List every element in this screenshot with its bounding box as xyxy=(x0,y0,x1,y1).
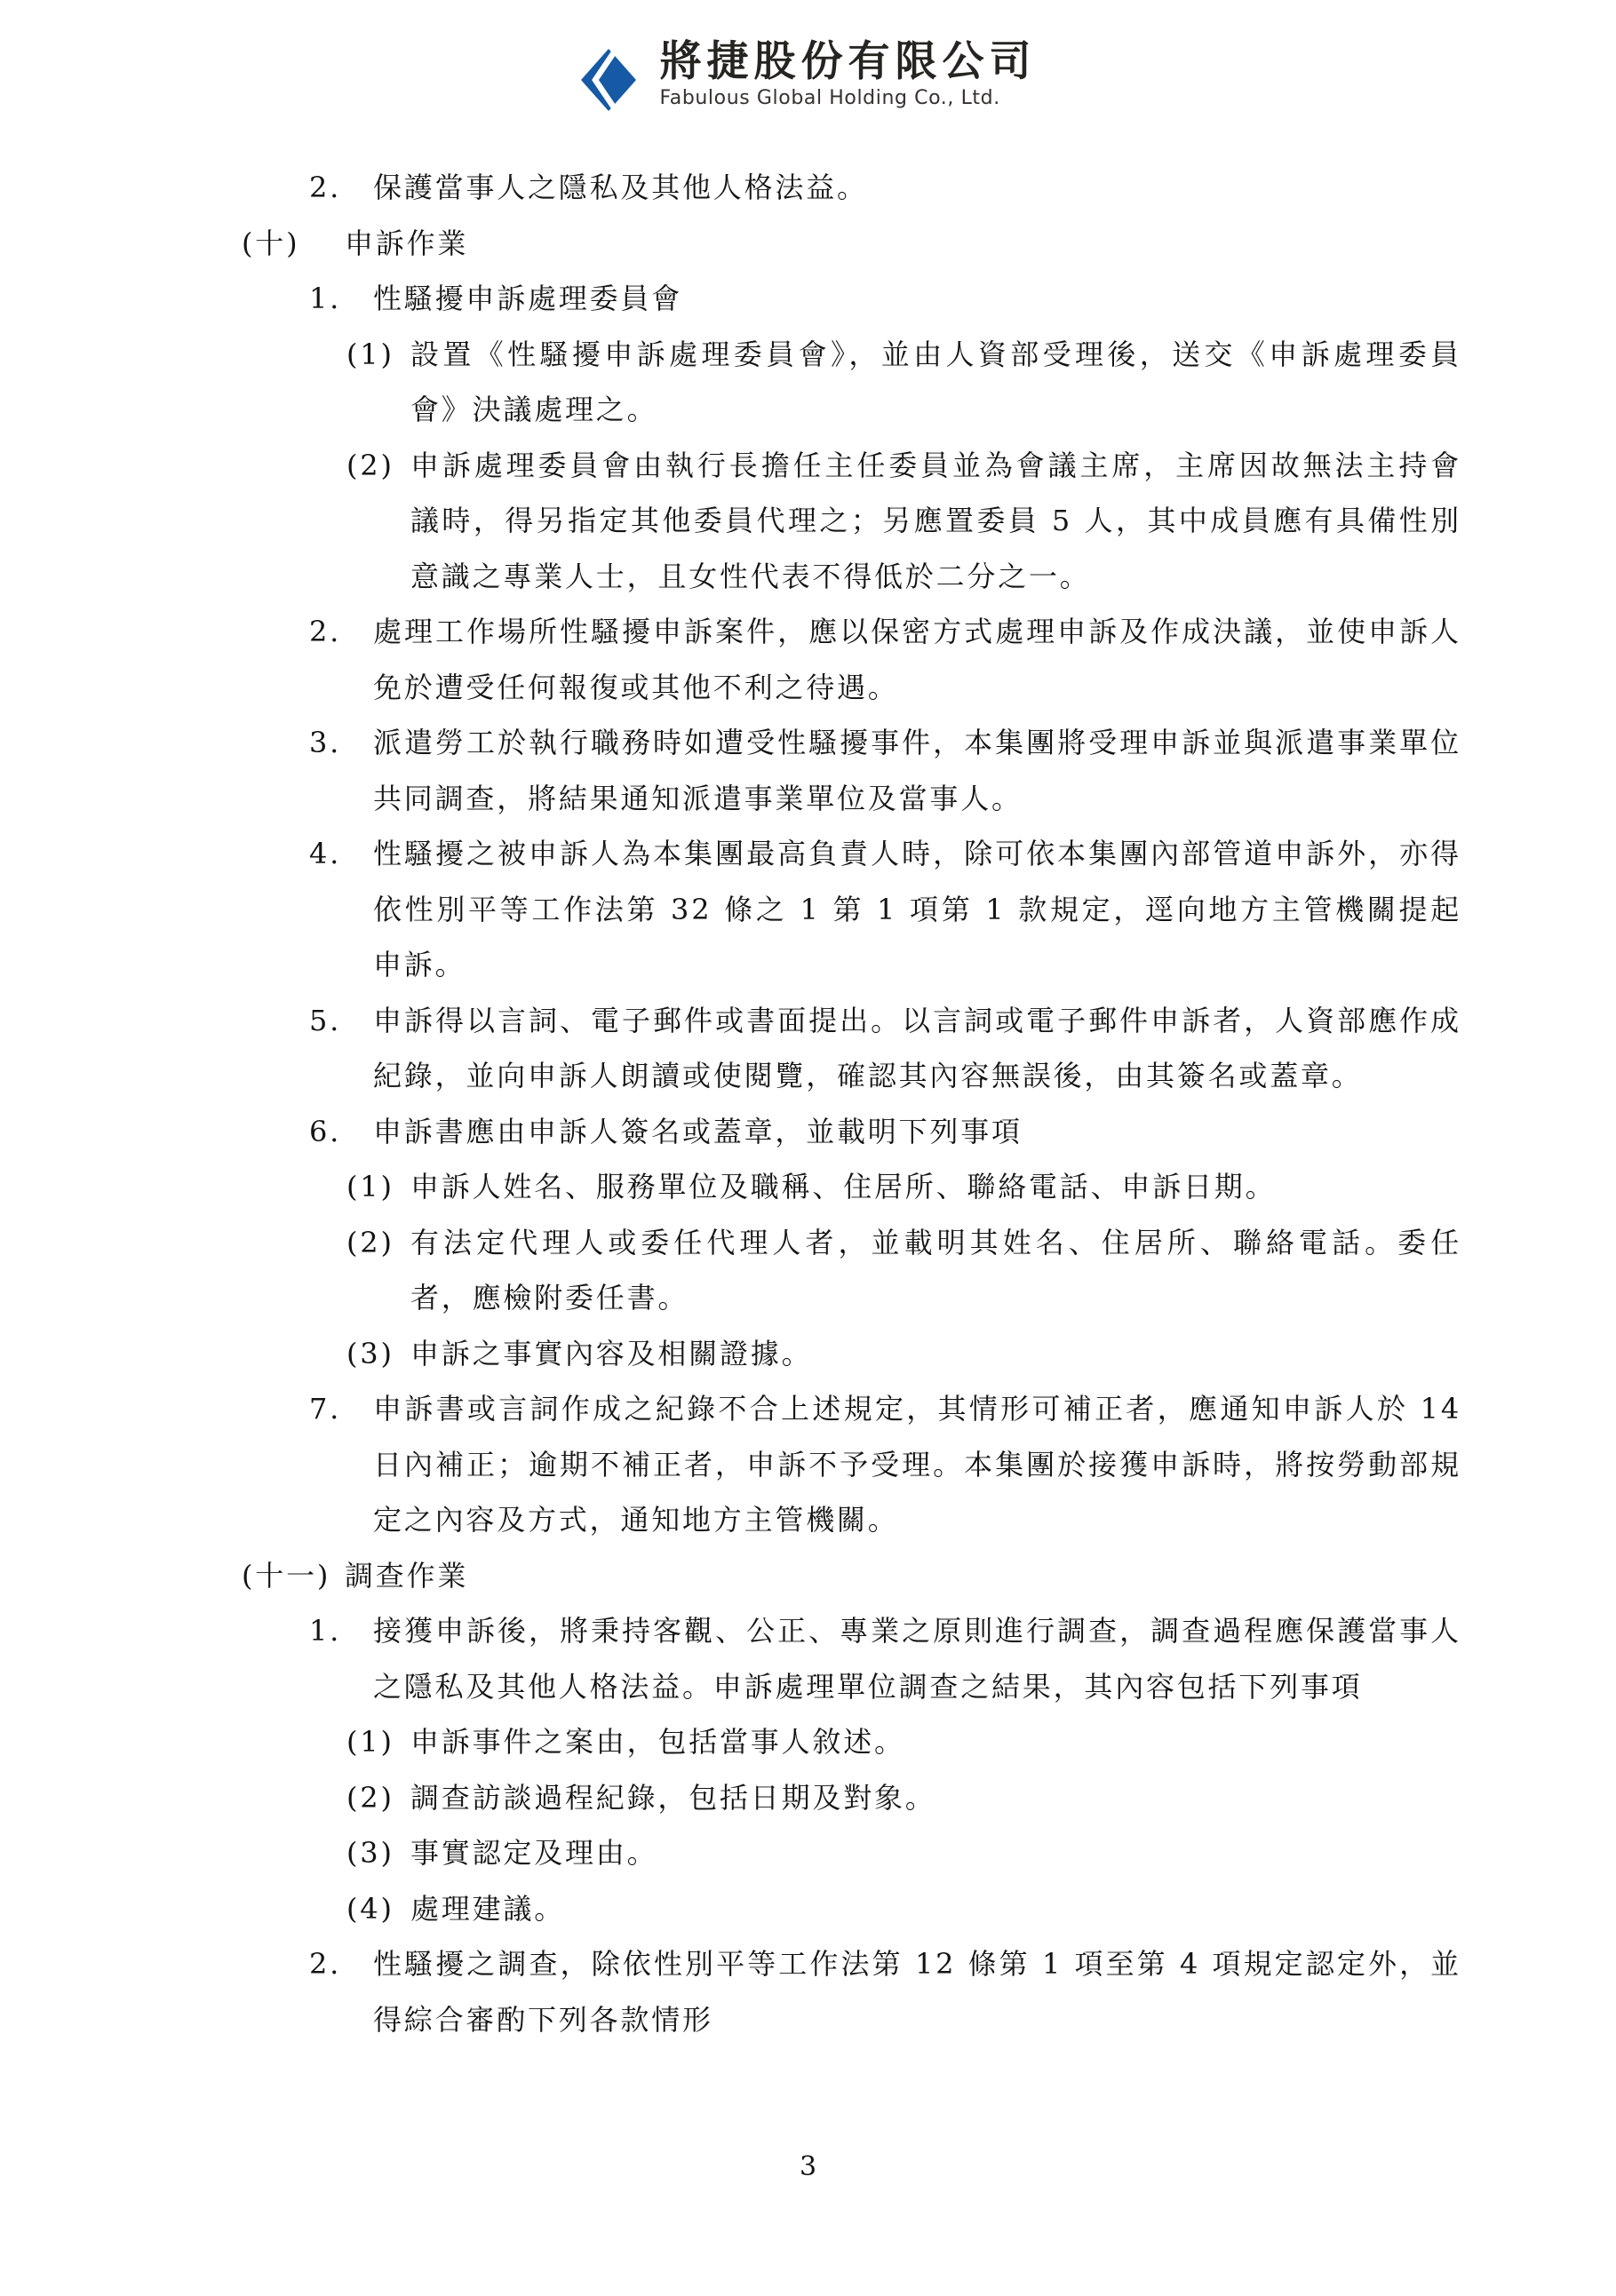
list-item: (十) 申訴作業 xyxy=(0,216,1461,272)
list-item: 2. 保護當事人之隱私及其他人格法益。 xyxy=(0,160,1461,216)
list-marker: 7. xyxy=(309,1381,373,1548)
list-item: (2) 申訴處理委員會由執行長擔任主任委員並為會議主席，主席因故無法主持會議時，… xyxy=(0,438,1461,605)
list-marker: (2) xyxy=(346,1770,410,1826)
list-item: (1) 申訴事件之案由，包括當事人敘述。 xyxy=(0,1714,1461,1770)
list-item: 4. 性騷擾之被申訴人為本集團最高負責人時，除可依本集團內部管道申訴外，亦得依性… xyxy=(0,826,1461,993)
list-marker: 2. xyxy=(309,1936,373,2047)
list-text: 設置《性騷擾申訴處理委員會》，並由人資部受理後，送交《申訴處理委員會》決議處理之… xyxy=(410,327,1461,438)
list-marker: 5. xyxy=(309,993,373,1104)
company-header: 將捷股份有限公司 Fabulous Global Holding Co., Lt… xyxy=(0,37,1616,112)
list-marker: 2. xyxy=(309,604,373,715)
list-text: 處理建議。 xyxy=(410,1881,1461,1937)
list-item: 7. 申訴書或言詞作成之紀錄不合上述規定，其情形可補正者，應通知申訴人於 14 … xyxy=(0,1381,1461,1548)
list-text: 性騷擾之調查，除依性別平等工作法第 12 條第 1 項至第 4 項規定認定外，並… xyxy=(373,1936,1461,2047)
list-marker: (2) xyxy=(346,1215,410,1326)
company-name-zh: 將捷股份有限公司 xyxy=(660,37,1037,87)
document-body: 2. 保護當事人之隱私及其他人格法益。 (十) 申訴作業 1. 性騷擾申訴處理委… xyxy=(0,160,1616,2047)
list-marker: (3) xyxy=(346,1326,410,1382)
list-item: (十一) 調查作業 xyxy=(0,1548,1461,1604)
list-marker: (2) xyxy=(346,438,410,605)
list-marker: 1. xyxy=(309,1603,373,1714)
list-text: 申訴得以言詞、電子郵件或書面提出。以言詞或電子郵件申訴者，人資部應作成紀錄，並向… xyxy=(373,993,1461,1104)
list-item: (3) 申訴之事實內容及相關證據。 xyxy=(0,1326,1461,1382)
list-text: 申訴書應由申訴人簽名或蓋章，並載明下列事項 xyxy=(373,1104,1461,1160)
list-item: 1. 接獲申訴後，將秉持客觀、公正、專業之原則進行調查，調查過程應保護當事人之隱… xyxy=(0,1603,1461,1714)
list-marker: 4. xyxy=(309,826,373,993)
list-item: (1) 設置《性騷擾申訴處理委員會》，並由人資部受理後，送交《申訴處理委員會》決… xyxy=(0,327,1461,438)
list-text: 派遣勞工於執行職務時如遭受性騷擾事件，本集團將受理申訴並與派遣事業單位共同調查，… xyxy=(373,715,1461,826)
list-text: 保護當事人之隱私及其他人格法益。 xyxy=(373,160,1461,216)
list-item: 6. 申訴書應由申訴人簽名或蓋章，並載明下列事項 xyxy=(0,1104,1461,1160)
page-number: 3 xyxy=(800,2151,816,2182)
list-text: 事實認定及理由。 xyxy=(410,1825,1461,1881)
list-item: (2) 有法定代理人或委任代理人者，並載明其姓名、住居所、聯絡電話。委任者，應檢… xyxy=(0,1215,1461,1326)
list-text: 申訴之事實內容及相關證據。 xyxy=(410,1326,1461,1382)
list-text: 申訴書或言詞作成之紀錄不合上述規定，其情形可補正者，應通知申訴人於 14 日內補… xyxy=(373,1381,1461,1548)
list-text: 申訴事件之案由，包括當事人敘述。 xyxy=(410,1714,1461,1770)
list-item: (3) 事實認定及理由。 xyxy=(0,1825,1461,1881)
list-marker: 6. xyxy=(309,1104,373,1160)
company-name-block: 將捷股份有限公司 Fabulous Global Holding Co., Lt… xyxy=(660,37,1037,110)
document-page: 將捷股份有限公司 Fabulous Global Holding Co., Lt… xyxy=(0,0,1616,2296)
list-marker: (1) xyxy=(346,1159,410,1215)
list-marker: 1. xyxy=(309,271,373,327)
list-text: 申訴處理委員會由執行長擔任主任委員並為會議主席，主席因故無法主持會議時，得另指定… xyxy=(410,438,1461,605)
list-text: 調查作業 xyxy=(345,1548,1461,1604)
list-text: 處理工作場所性騷擾申訴案件，應以保密方式處理申訴及作成決議，並使申訴人免於遭受任… xyxy=(373,604,1461,715)
list-text: 申訴人姓名、服務單位及職稱、住居所、聯絡電話、申訴日期。 xyxy=(410,1159,1461,1215)
list-item: (1) 申訴人姓名、服務單位及職稱、住居所、聯絡電話、申訴日期。 xyxy=(0,1159,1461,1215)
list-text: 有法定代理人或委任代理人者，並載明其姓名、住居所、聯絡電話。委任者，應檢附委任書… xyxy=(410,1215,1461,1326)
list-text: 性騷擾申訴處理委員會 xyxy=(373,271,1461,327)
list-marker: (1) xyxy=(346,1714,410,1770)
list-item: 2. 處理工作場所性騷擾申訴案件，應以保密方式處理申訴及作成決議，並使申訴人免於… xyxy=(0,604,1461,715)
list-marker: 3. xyxy=(309,715,373,826)
list-marker: 2. xyxy=(309,160,373,216)
company-logo-icon xyxy=(580,48,637,112)
list-marker: (3) xyxy=(346,1825,410,1881)
list-text: 接獲申訴後，將秉持客觀、公正、專業之原則進行調查，調查過程應保護當事人之隱私及其… xyxy=(373,1603,1461,1714)
list-text: 性騷擾之被申訴人為本集團最高負責人時，除可依本集團內部管道申訴外，亦得依性別平等… xyxy=(373,826,1461,993)
company-name-en: Fabulous Global Holding Co., Ltd. xyxy=(660,87,1037,110)
list-marker: (十) xyxy=(242,216,345,272)
list-item: 2. 性騷擾之調查，除依性別平等工作法第 12 條第 1 項至第 4 項規定認定… xyxy=(0,1936,1461,2047)
page-footer: 3 xyxy=(0,2149,1616,2185)
list-item: 3. 派遣勞工於執行職務時如遭受性騷擾事件，本集團將受理申訴並與派遣事業單位共同… xyxy=(0,715,1461,826)
list-text: 申訴作業 xyxy=(345,216,1461,272)
list-marker: (4) xyxy=(346,1881,410,1937)
list-item: (2) 調查訪談過程紀錄，包括日期及對象。 xyxy=(0,1770,1461,1826)
list-item: 1. 性騷擾申訴處理委員會 xyxy=(0,271,1461,327)
list-item: (4) 處理建議。 xyxy=(0,1881,1461,1937)
list-marker: (十一) xyxy=(242,1548,345,1604)
list-text: 調查訪談過程紀錄，包括日期及對象。 xyxy=(410,1770,1461,1826)
list-item: 5. 申訴得以言詞、電子郵件或書面提出。以言詞或電子郵件申訴者，人資部應作成紀錄… xyxy=(0,993,1461,1104)
list-marker: (1) xyxy=(346,327,410,438)
